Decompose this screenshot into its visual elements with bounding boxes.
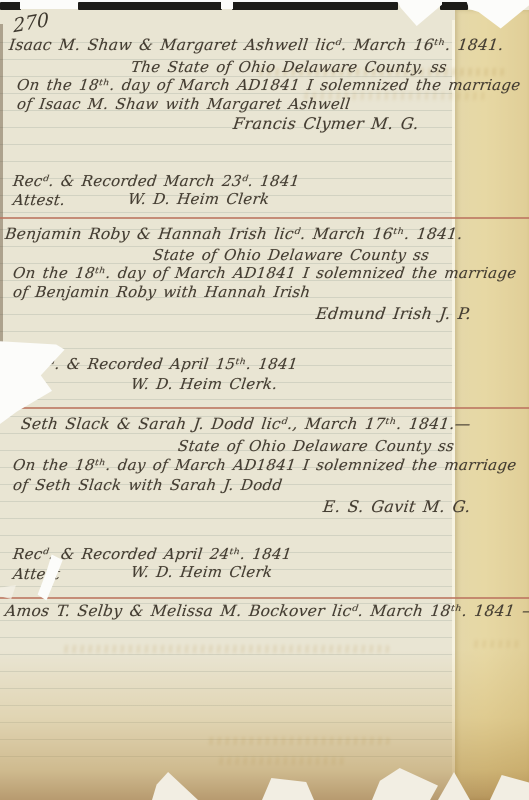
couple-line: of Seth Slack with Sarah J. Dodd: [12, 476, 284, 494]
red-separator-rule: [0, 217, 529, 219]
solemnized-line: On the 18ᵗʰ. day of March AD1841 I solem…: [16, 76, 522, 94]
binding-strip: [440, 2, 468, 10]
record-heading: Isaac M. Shaw & Margaret Ashwell licᵈ. M…: [8, 36, 505, 54]
ink-bleed-through: [60, 645, 390, 653]
page-number: 270: [13, 9, 49, 38]
solemnized-line: On the 18ᵗʰ. day of March AD1841 I solem…: [12, 456, 518, 474]
ink-bleed-through: [205, 737, 390, 745]
solemnized-line: On the 18ᵗʰ. day of March AD1841 I solem…: [12, 264, 518, 282]
clerk-signature: W. D. Heim Clerk.: [130, 375, 279, 393]
officiant-signature: Edmund Irish J. P.: [315, 304, 472, 323]
clerk-signature: W. D. Heim Clerk: [130, 563, 274, 581]
record-heading: Seth Slack & Sarah J. Dodd licᵈ., March …: [20, 415, 472, 433]
binding-strip: [232, 2, 398, 10]
officiant-signature: E. S. Gavit M. G.: [322, 497, 472, 516]
attest-label: Attest.: [12, 191, 66, 209]
left-edge-shadow: [0, 24, 3, 344]
red-separator-rule: [0, 597, 529, 599]
binding-strip: [0, 2, 21, 10]
ink-bleed-through: [470, 640, 520, 648]
record-heading: Amos T. Selby & Melissa M. Bockover licᵈ…: [4, 602, 529, 620]
torn-notch: [396, 0, 442, 26]
record-heading: Benjamin Roby & Hannah Irish licᵈ. March…: [4, 225, 464, 243]
recorded-line: Recᵈ. & Recorded April 15ᵗʰ. 1841: [18, 355, 299, 373]
torn-notch: [221, 0, 233, 9]
state-county-line: State of Ohio Delaware County ss: [177, 437, 455, 455]
couple-line: of Benjamin Roby with Hannah Irish: [12, 283, 312, 301]
recorded-line: Recᵈ. & Recorded March 23ᵈ. 1841: [12, 172, 301, 190]
record-book-page: 270 Isaac M. Shaw & Margaret Ashwell lic…: [0, 0, 529, 800]
clerk-signature: W. D. Heim Clerk: [127, 190, 271, 208]
officiant-signature: Francis Clymer M. G.: [232, 114, 420, 133]
state-county-line: State of Ohio Delaware County ss: [152, 246, 430, 264]
state-county-line: The State of Ohio Delaware County, ss: [130, 58, 448, 76]
binding-strip: [78, 2, 222, 10]
aged-bottom-band: [0, 650, 529, 800]
couple-line: of Isaac M. Shaw with Margaret Ashwell: [16, 95, 351, 113]
red-separator-rule: [0, 407, 529, 409]
ink-bleed-through: [215, 757, 345, 765]
torn-notch: [20, 0, 78, 9]
